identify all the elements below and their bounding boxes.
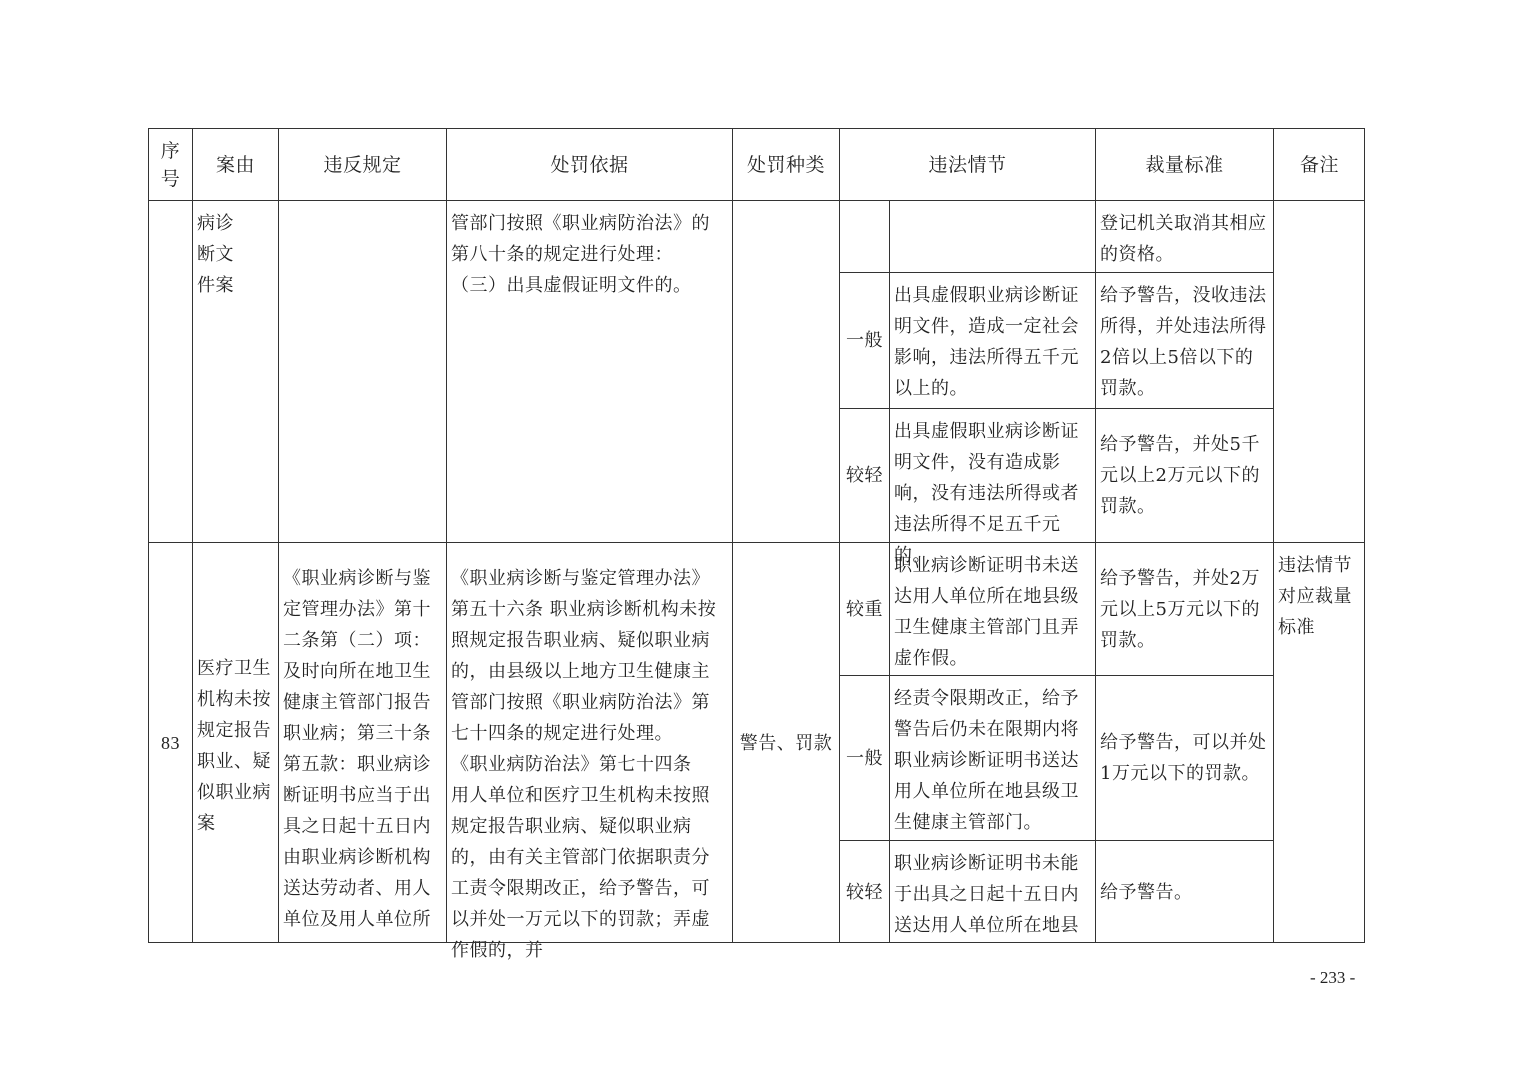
standard-text: 给予警告，没收违法所得，并处违法所得2倍以上5倍以下的罚款。 <box>1095 272 1273 408</box>
circumstance-text: 出具虚假职业病诊断证明文件，没有造成影响，没有违法所得或者违法所得不足五千元的。 <box>889 408 1095 542</box>
level-label: 较轻 <box>839 408 889 542</box>
row-case: 医疗卫生机构未按规定报告职业、疑似职业病案 <box>192 542 278 943</box>
circumstance-text: 经责令限期改正，给予警告后仍未在限期内将职业病诊断证明书送达用人单位所在地县级卫… <box>889 675 1095 840</box>
level-label <box>839 200 889 272</box>
header-circumstance: 违法情节 <box>839 128 1095 201</box>
header-basis: 处罚依据 <box>446 128 732 201</box>
row-violation <box>278 200 446 542</box>
row-remark: 违法情节对应裁量标准 <box>1273 542 1365 943</box>
row-violation: 《职业病诊断与鉴定管理办法》第十二条第（二）项：及时向所在地卫生健康主管部门报告… <box>278 542 446 943</box>
standard-text: 登记机关取消其相应的资格。 <box>1095 200 1273 272</box>
document-page: 序 号 案由 违反规定 处罚依据 处罚种类 违法情节 裁量标准 备注 病诊 断文… <box>0 0 1520 1074</box>
header-standard: 裁量标准 <box>1095 128 1273 201</box>
circumstance-text: 出具虚假职业病诊断证明文件，造成一定社会影响，违法所得五千元以上的。 <box>889 272 1095 408</box>
standard-text: 给予警告，可以并处1万元以下的罚款。 <box>1095 675 1273 840</box>
header-violation: 违反规定 <box>278 128 446 201</box>
row-remark <box>1273 200 1365 542</box>
level-label: 较重 <box>839 542 889 675</box>
standard-text: 给予警告，并处2万元以上5万元以下的罚款。 <box>1095 542 1273 675</box>
row-type <box>732 200 839 542</box>
header-type: 处罚种类 <box>732 128 839 201</box>
standard-text: 给予警告，并处5千元以上2万元以下的罚款。 <box>1095 408 1273 542</box>
circumstance-text: 职业病诊断证明书未送达用人单位所在地县级卫生健康主管部门且弄虚作假。 <box>889 542 1095 675</box>
level-label: 一般 <box>839 675 889 840</box>
circumstance-text: 职业病诊断证明书未能于出具之日起十五日内送达用人单位所在地县 <box>889 840 1095 943</box>
row-basis: 《职业病诊断与鉴定管理办法》第五十六条 职业病诊断机构未按照规定报告职业病、疑似… <box>446 542 732 943</box>
header-remark: 备注 <box>1273 128 1365 201</box>
standard-text: 给予警告。 <box>1095 840 1273 943</box>
header-seq: 序 号 <box>148 128 192 201</box>
row-seq: 83 <box>148 542 192 943</box>
row-case: 病诊 断文 件案 <box>192 200 278 542</box>
row-seq <box>148 200 192 542</box>
row-type: 警告、罚款 <box>732 542 839 943</box>
row-basis: 管部门按照《职业病防治法》的第八十条的规定进行处理： （三）出具虚假证明文件的。 <box>446 200 732 542</box>
page-number: - 233 - <box>1310 968 1355 988</box>
header-case: 案由 <box>192 128 278 201</box>
circumstance-text <box>889 200 1095 272</box>
level-label: 一般 <box>839 272 889 408</box>
level-label: 较轻 <box>839 840 889 943</box>
